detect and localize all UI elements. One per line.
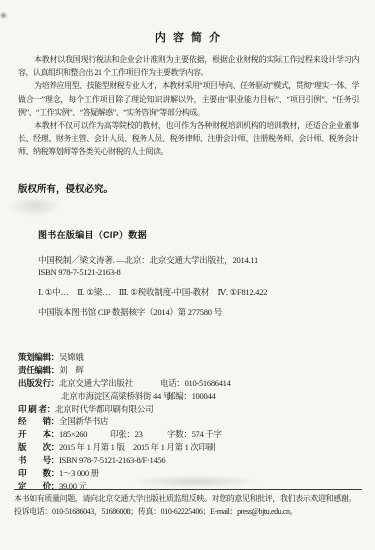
- publisher-phone: 电话：010-51686414: [160, 377, 231, 390]
- scan-artifact: [8, 196, 62, 216]
- intro-paragraph: 本教材不仅可以作为高等院校的教材，也可作为各种财税培训机构的培训教材，还适合企业…: [18, 119, 359, 159]
- colophon-row-distributor: 经 销：全国新华书店: [18, 415, 363, 428]
- contact-line: 投诉电话：010-51686043，51686008；传真：010-622254…: [14, 506, 362, 519]
- colophon-value: 吴嫦娥: [59, 352, 84, 362]
- colophon-label: 出版发行：: [18, 378, 59, 388]
- printed-sheets: 印张：23: [110, 428, 143, 441]
- divider-rule: [14, 489, 362, 490]
- publisher-postcode: 邮编：100044: [167, 390, 215, 403]
- intro-paragraph: 本教材以我国现行税法和企业会计准则为主要依据，根据企业财税的实际工作过程来设计学…: [18, 53, 359, 79]
- colophon-row-edition: 版 次：2015 年 1 月第 1 版 2015 年 1 月第 1 次印刷: [18, 441, 363, 454]
- word-count: 字数：574 千字: [167, 428, 222, 441]
- colophon-row-address: 北京市海淀区高梁桥斜街 44 号 邮编：100044: [18, 390, 363, 403]
- colophon-label: 印 数：: [18, 468, 59, 478]
- publisher-address: 北京市海淀区高梁桥斜街 44 号: [18, 391, 171, 401]
- colophon-row-printer: 印 刷 者：北京时代华都印刷有限公司: [18, 403, 363, 416]
- print-run-info: 2015 年 1 月第 1 次印刷: [133, 441, 215, 454]
- colophon-value: 全国新华书店: [59, 416, 108, 426]
- colophon-value: ISBN 978-7-5121-2163-8/F·1456: [59, 455, 165, 465]
- cip-registry-line: 中国版本图书馆 CIP 数据核字（2014）第 277580 号: [38, 306, 222, 318]
- colophon-value: 2015 年 1 月第 1 版: [59, 442, 125, 452]
- colophon-row-publisher: 出版发行：北京交通大学出版社 电话：010-51686414: [18, 377, 363, 390]
- cip-classification-line: Ⅰ. ①中… Ⅱ. ①梁… Ⅲ. ①税收制度-中国-教材 Ⅳ. ①F812.42…: [38, 286, 267, 298]
- colophon-label: 责任编辑：: [18, 365, 59, 375]
- colophon-row-responsible-editor: 责任编辑：刘 辉: [18, 364, 363, 377]
- cip-heading: 图书在版编目（CIP）数据: [38, 228, 147, 241]
- cip-isbn-line: ISBN 978-7-5121-2163-8: [38, 267, 120, 277]
- footer-notes: 本书如有质量问题，请向北京交通大学出版社质监组反映。对您的意见和批评，我们表示欢…: [14, 493, 362, 519]
- colophon-row-book-number: 书 号：ISBN 978-7-5121-2163-8/F·1456: [18, 454, 363, 467]
- colophon-label: 策划编辑：: [18, 352, 59, 362]
- colophon-label: 开 本：: [18, 429, 59, 439]
- colophon-label: 版 次：: [18, 442, 59, 452]
- colophon-value: 北京时代华都印刷有限公司: [55, 404, 153, 414]
- colophon-row-print-count: 印 数：1～3 000 册: [18, 467, 363, 480]
- colophon-value: 刘 辉: [59, 365, 84, 375]
- content-summary-section: 内 容 简 介 本教材以我国现行税法和企业会计准则为主要依据，根据企业财税的实际…: [18, 29, 359, 159]
- intro-paragraph: 为培养应用型、技能型财税专业人才，本教材采用“项目导向、任务驱动”模式，贯彻“理…: [18, 79, 359, 119]
- scan-artifact: [1, 13, 6, 18]
- colophon-value: 1～3 000 册: [59, 468, 99, 478]
- colophon-label: 印 刷 者：: [18, 404, 55, 414]
- copyright-notice: 版权所有，侵权必究。: [18, 181, 113, 195]
- colophon-block: 策划编辑：吴嫦娥 责任编辑：刘 辉 出版发行：北京交通大学出版社 电话：010-…: [18, 351, 363, 493]
- colophon-label: 书 号：: [18, 455, 59, 465]
- colophon-value: 185×260: [59, 429, 87, 439]
- colophon-row-price: 定 价：39.00 元: [18, 480, 363, 493]
- colophon-value: 北京交通大学出版社: [59, 378, 133, 388]
- section-title: 内 容 简 介: [18, 29, 359, 45]
- cip-entry-line: 中国税制／梁文涛著. —北京：北京交通大学出版社，2014.11: [38, 254, 258, 266]
- colophon-row-planning-editor: 策划编辑：吴嫦娥: [18, 351, 363, 364]
- colophon-row-format: 开 本：185×260 印张：23 字数：574 千字: [18, 428, 363, 441]
- book-copyright-page: 内 容 简 介 本教材以我国现行税法和企业会计准则为主要依据，根据企业财税的实际…: [0, 0, 375, 550]
- colophon-label: 经 销：: [18, 416, 59, 426]
- quality-note: 本书如有质量问题，请向北京交通大学出版社质监组反映。对您的意见和批评，我们表示欢…: [14, 493, 362, 506]
